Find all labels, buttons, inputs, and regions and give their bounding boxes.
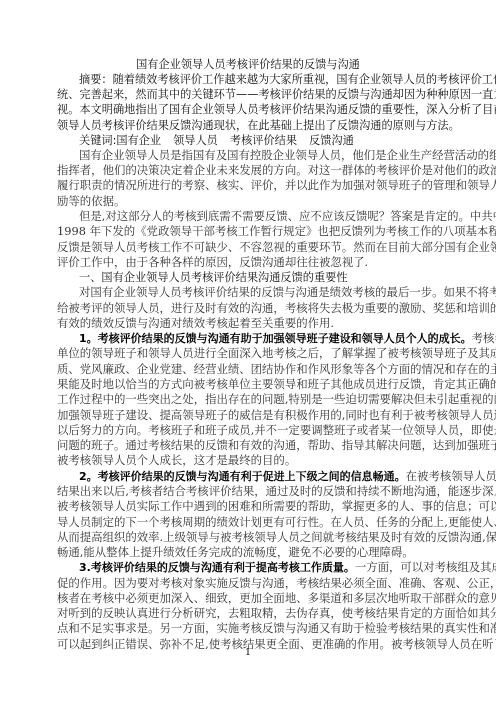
body-line: 加强领导班子建设、提高领导班子的威信是有积极作用的,同时也有利于被考核领导人员进… (57, 408, 438, 423)
point-text: 一方面，可以对考核组及其成员起到督 (355, 560, 496, 574)
point-text: 考核者对一个 (472, 331, 496, 345)
keyword: 国有企业 (116, 134, 161, 147)
body-line: 导人员制定的下一个考核周期的绩效计划更有可行性。在人员、任务的分配上,更能使人、… (57, 515, 438, 530)
point-heading: 考核评价结果的反馈与沟通有助于加强领导班子建设和领导人员个人的成长。 (98, 332, 472, 345)
point-heading: 考核评价结果的反馈与沟通有利于促进上下级之间的信息畅通。 (98, 470, 406, 483)
point-number: 3. (79, 561, 91, 574)
page-number: 1 (0, 648, 496, 658)
body-line: 对听到的反映认真进行分析研究，去粗取精，去伪存真，使考核结果肯定的方面恰如其分，… (57, 606, 438, 621)
body-line: 有效的绩效反馈与沟通对绩效考核起着至关重要的作用. (57, 316, 438, 331)
document-title: 国有企业领导人员考核评价结果的反馈与沟通 (0, 57, 496, 73)
abstract-line: 领导人员考核评价结果反馈沟通现状，在此基础上提出了反馈沟通的原则与方法。 (57, 118, 438, 133)
body-line: 结果出来以后,考核者结合考核评价结果，通过及时的反馈和持续不断地沟通，能逐步深入… (57, 484, 438, 499)
point-heading-line: 2。考核评价结果的反馈与沟通有利于促进上下级之间的信息畅通。在被考核领导人员考核… (57, 469, 438, 484)
body-line: 果能及时地以恰当的方式向被考核单位主要领导和班子其他成员进行反馈，肯定其正确的方… (57, 377, 438, 392)
body-line: 工作过程中的一些突出之处，指出存在的问题,特别是一些迫切需要解决但未引起重视的问… (57, 392, 438, 407)
point-heading: 考核评价结果的反馈与沟通有利于提高考核工作质量。 (91, 561, 355, 574)
body-line: 但是,对这部分人的考核到底需不需要反馈、应不应该反馈呢？答案是肯定的。中共中央组… (57, 209, 438, 224)
body-line: 问题的班子。通过考核结果的反馈和有效的沟通，帮助、指导其解决问题，达到加强班子建… (57, 438, 438, 453)
body-line: 指挥者，他们的决策决定着企业未来发展的方向。对这一群体的考核评价是对他们的政治业… (57, 163, 438, 178)
point-text: 在被考核领导人员考核评价 (406, 469, 496, 483)
body-line: 促的作用。因为要对考核对象实施反馈与沟通，考核结果必须全面、准确、客观、公正，这… (57, 576, 438, 591)
body-line: 履行职责的情况所进行的考察、核实、评价，并以此作为加强对领导班子的管理和领导人员… (57, 178, 438, 193)
body-line: 国有企业领导人员是指国有及国有控股企业领导人员，他们是企业生产经营活动的组织、决… (57, 148, 438, 163)
keywords-line: 关键词:国有企业领导人员考核评价结果反馈沟通 (57, 133, 438, 148)
abstract-line: 统、完善起来，然而其中的关键环节——考核评价结果的反馈与沟通却因为种种原因一直为… (57, 87, 438, 102)
point-heading-line: 1。考核评价结果的反馈与沟通有助于加强领导班子建设和领导人员个人的成长。考核者对… (57, 331, 438, 346)
body-line: 1998 年下发的《党政领导干部考核工作暂行规定》也把反馈列为考核工作的八项基本… (57, 224, 438, 239)
keyword: 考核评价结果 (230, 134, 297, 147)
body-line: 从而提高组织的效率.上级领导与被考核领导人员之间就考核结果及时有效的反馈沟通,保… (57, 530, 438, 545)
body-line: 励等的依据。 (57, 194, 438, 209)
section-heading: 一、国有企业领导人员考核评价结果沟通反馈的重要性 (57, 270, 438, 285)
keyword: 领导人员 (173, 134, 218, 147)
body-line: 给被考评的领导人员，进行及时有效的沟通，考核将失去极为重要的激励、奖惩和培训的功… (57, 301, 438, 316)
document-page: 国有企业领导人员考核评价结果的反馈与沟通 摘要：随着绩效考核评价工作越来越为大家… (0, 0, 496, 702)
body-line: 对国有企业领导人员考核评价结果的反馈与沟通是绩效考核的最后一步。如果不将考核结果… (57, 285, 438, 300)
body-line: 评价工作中，由于各种各样的原因，反馈沟通却往往被忽视了. (57, 255, 438, 270)
abstract-line: 摘要：随着绩效考核评价工作越来越为大家所重视，国有企业领导人员的考核评价工作也逐… (57, 72, 438, 87)
keywords-label: 关键词: (79, 134, 116, 147)
keyword: 反馈沟通 (309, 134, 354, 147)
body-line: 被考核领导人员个人成长，这才是最终的目的。 (57, 453, 438, 468)
body-line: 核者在考核中必须更加深入、细致，更加全面地、多渠道和多层次地听取干部群众的意见，… (57, 591, 438, 606)
body-line: 点和不足实事求是。另一方面，实施考核反馈与沟通又有助于检验考核结果的真实性和准确… (57, 621, 438, 636)
body-line: 质、党风廉政、企业党建、经营业绩、团结协作和作风形象等各个方面的情况和存在的主要… (57, 362, 438, 377)
point-heading-line: 3.考核评价结果的反馈与沟通有利于提高考核工作质量。一方面，可以对考核组及其成员… (57, 560, 438, 575)
point-number: 1。 (79, 332, 98, 345)
body-line: 反馈是领导人员考核工作不可缺少、不容忽视的重要环节。然而在目前大部分国有企业领导… (57, 240, 438, 255)
body-line: 单位的领导班子和领导人员进行全面深入地考核之后，了解掌握了被考核领导班子及其成员… (57, 346, 438, 361)
point-number: 2。 (79, 470, 98, 483)
abstract-line: 视。本文明确地指出了国有企业领导人员考核评价结果沟通反馈的重要性，深入分析了目前… (57, 102, 438, 117)
body-line: 以后努力的方向。考核班子和班子成员,并不一定要调整班子或者某一位领导人员，即使是… (57, 423, 438, 438)
body-line: 被考核领导人员实际工作中遇到的困难和所需要的帮助，掌握更多的人、事的信息；可以使… (57, 499, 438, 514)
body-line: 畅通,能从整体上提升绩效任务完成的流畅度，避免不必要的心理障碍。 (57, 545, 438, 560)
